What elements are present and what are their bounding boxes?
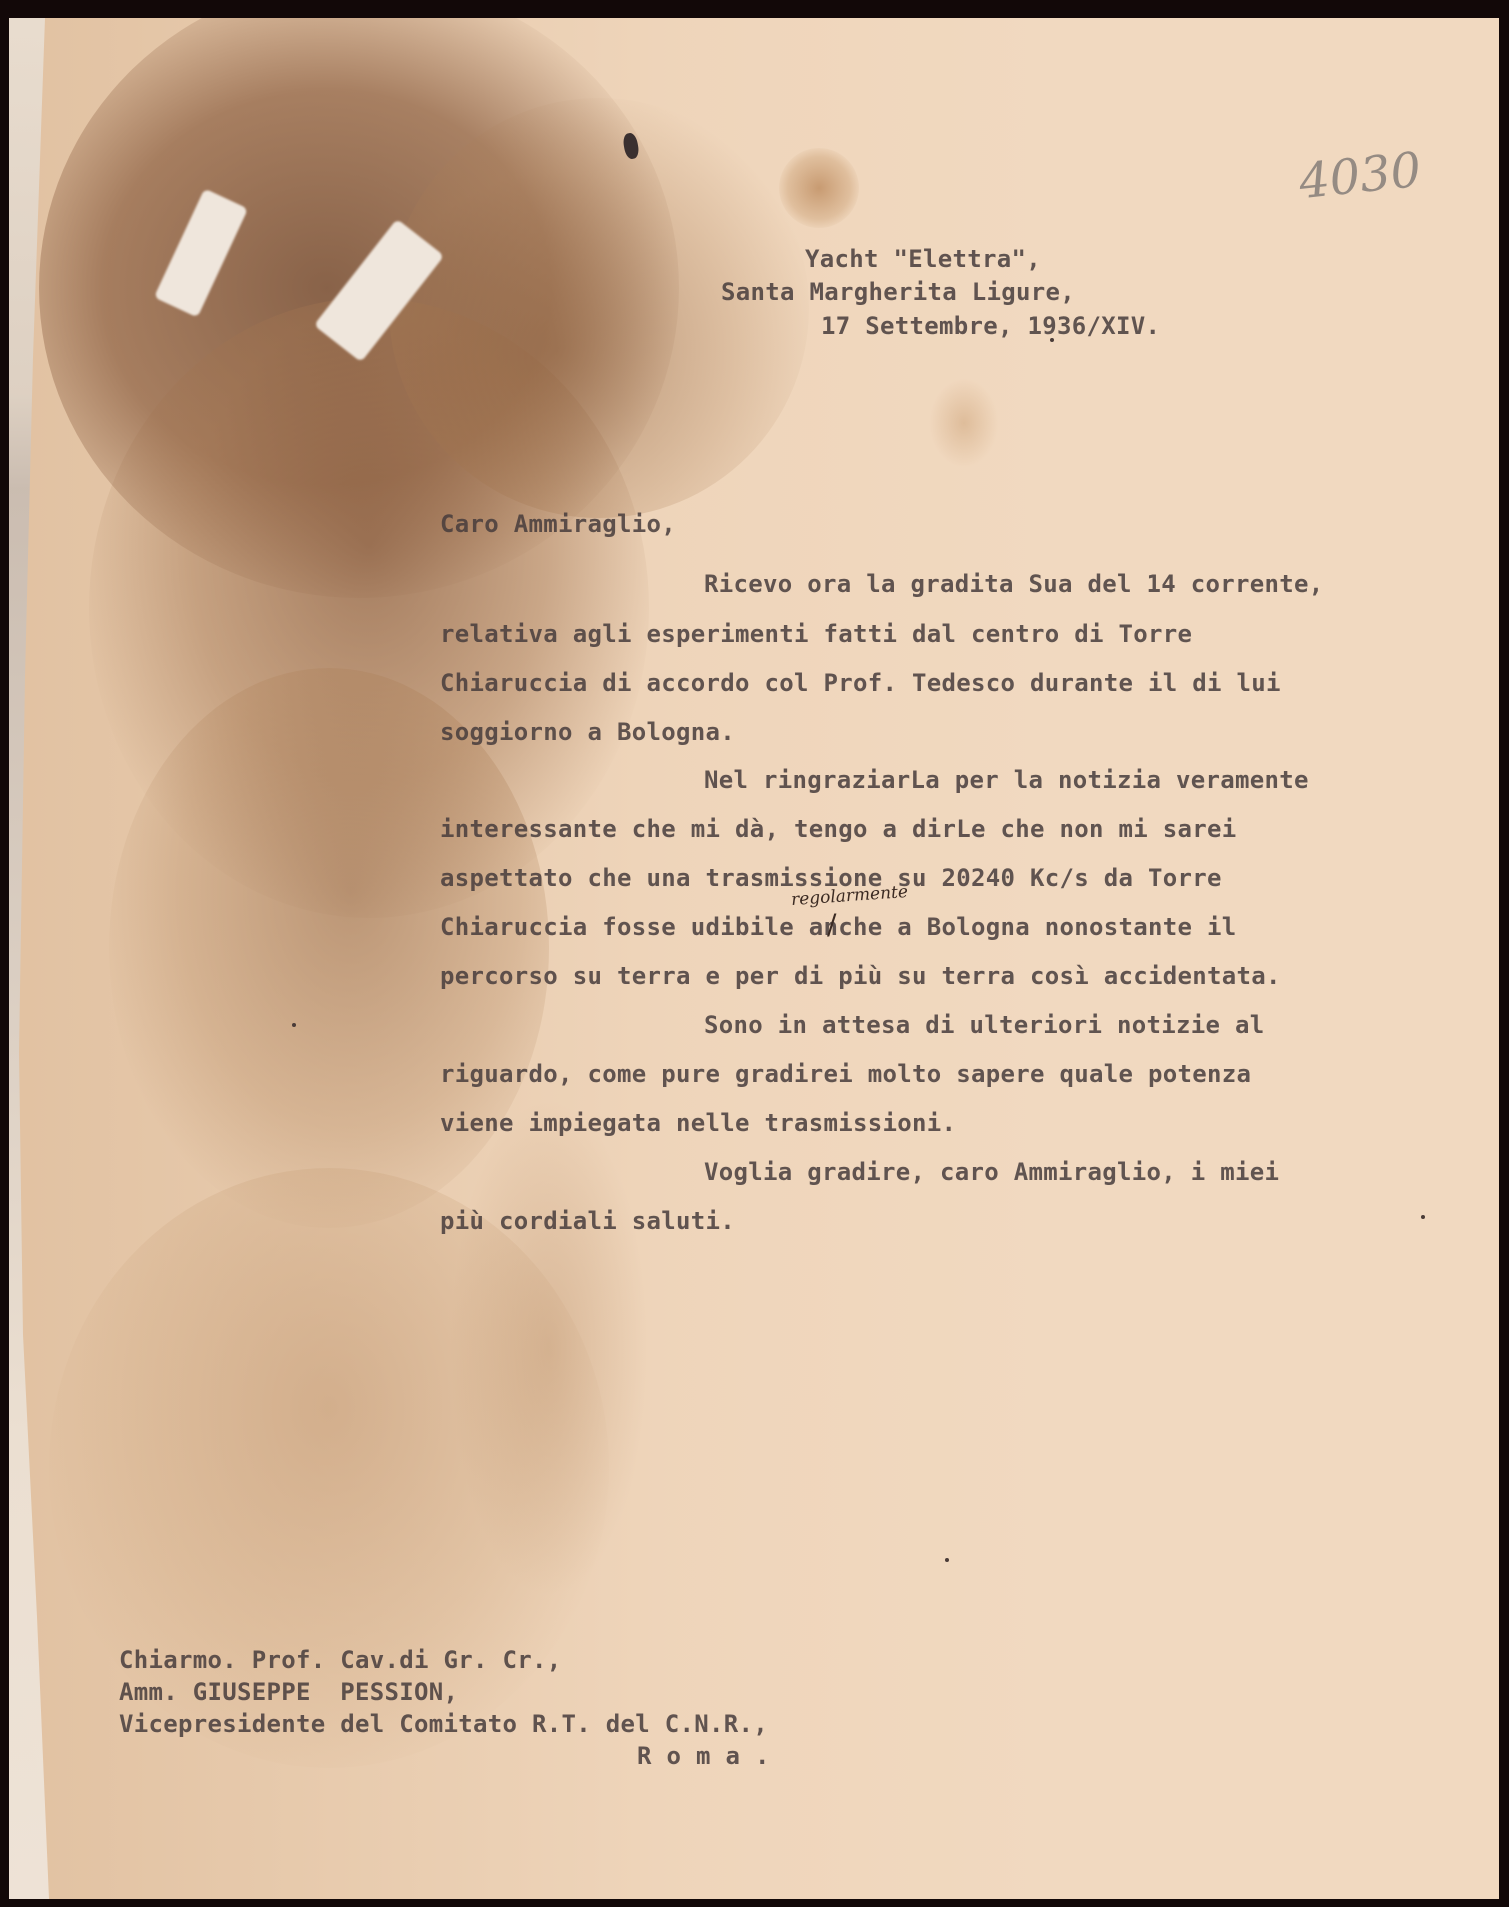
insertion-caret-mark: / xyxy=(827,908,836,941)
body-line: Chiaruccia fosse udibile anche a Bologna… xyxy=(440,913,1236,941)
letter-page: 4030 Yacht "Elettra", Santa Margherita L… xyxy=(9,18,1499,1899)
body-line: Sono in attesa di ulteriori notizie al xyxy=(704,1011,1264,1039)
water-stain xyxy=(779,148,859,228)
body-line: interessante che mi dà, tengo a dirLe ch… xyxy=(440,815,1236,843)
paper-speck xyxy=(1421,1215,1425,1219)
salutation: Caro Ammiraglio, xyxy=(440,510,676,538)
body-line: Chiaruccia di accordo col Prof. Tedesco … xyxy=(440,669,1281,697)
body-line: Nel ringraziarLa per la notizia verament… xyxy=(704,766,1309,794)
paper-speck xyxy=(945,1558,949,1562)
ink-spot xyxy=(622,132,640,160)
header-line-1: Yacht "Elettra", xyxy=(805,245,1041,273)
paper-speck xyxy=(1050,338,1054,342)
body-line: percorso su terra e per di più su terra … xyxy=(440,962,1281,990)
addressee-line-3: Vicepresidente del Comitato R.T. del C.N… xyxy=(119,1710,768,1738)
addressee-line-1: Chiarmo. Prof. Cav.di Gr. Cr., xyxy=(119,1646,561,1674)
water-stain xyxy=(109,668,549,1228)
header-line-2: Santa Margherita Ligure, xyxy=(721,278,1075,306)
body-line: più cordiali saluti. xyxy=(440,1207,735,1235)
body-line: Voglia gradire, caro Ammiraglio, i miei xyxy=(704,1158,1279,1186)
water-stain xyxy=(389,98,809,518)
addressee-line-2: Amm. GIUSEPPE PESSION, xyxy=(119,1678,458,1706)
torn-edge xyxy=(9,18,49,1899)
body-line: relativa agli esperimenti fatti dal cent… xyxy=(440,620,1192,648)
body-line: Ricevo ora la gradita Sua del 14 corrent… xyxy=(704,570,1323,598)
paper-loss-patch xyxy=(154,188,248,317)
body-line: viene impiegata nelle trasmissioni. xyxy=(440,1109,956,1137)
body-line: soggiorno a Bologna. xyxy=(440,718,735,746)
body-line: riguardo, come pure gradirei molto saper… xyxy=(440,1060,1251,1088)
header-line-3: 17 Settembre, 1936/XIV. xyxy=(821,312,1160,340)
archive-number: 4030 xyxy=(1296,142,1423,210)
addressee-line-4: R o m a . xyxy=(637,1742,770,1770)
water-stain xyxy=(929,378,999,468)
paper-speck xyxy=(292,1023,296,1027)
paper-loss-patch xyxy=(314,219,444,362)
water-stain xyxy=(449,1098,649,1598)
